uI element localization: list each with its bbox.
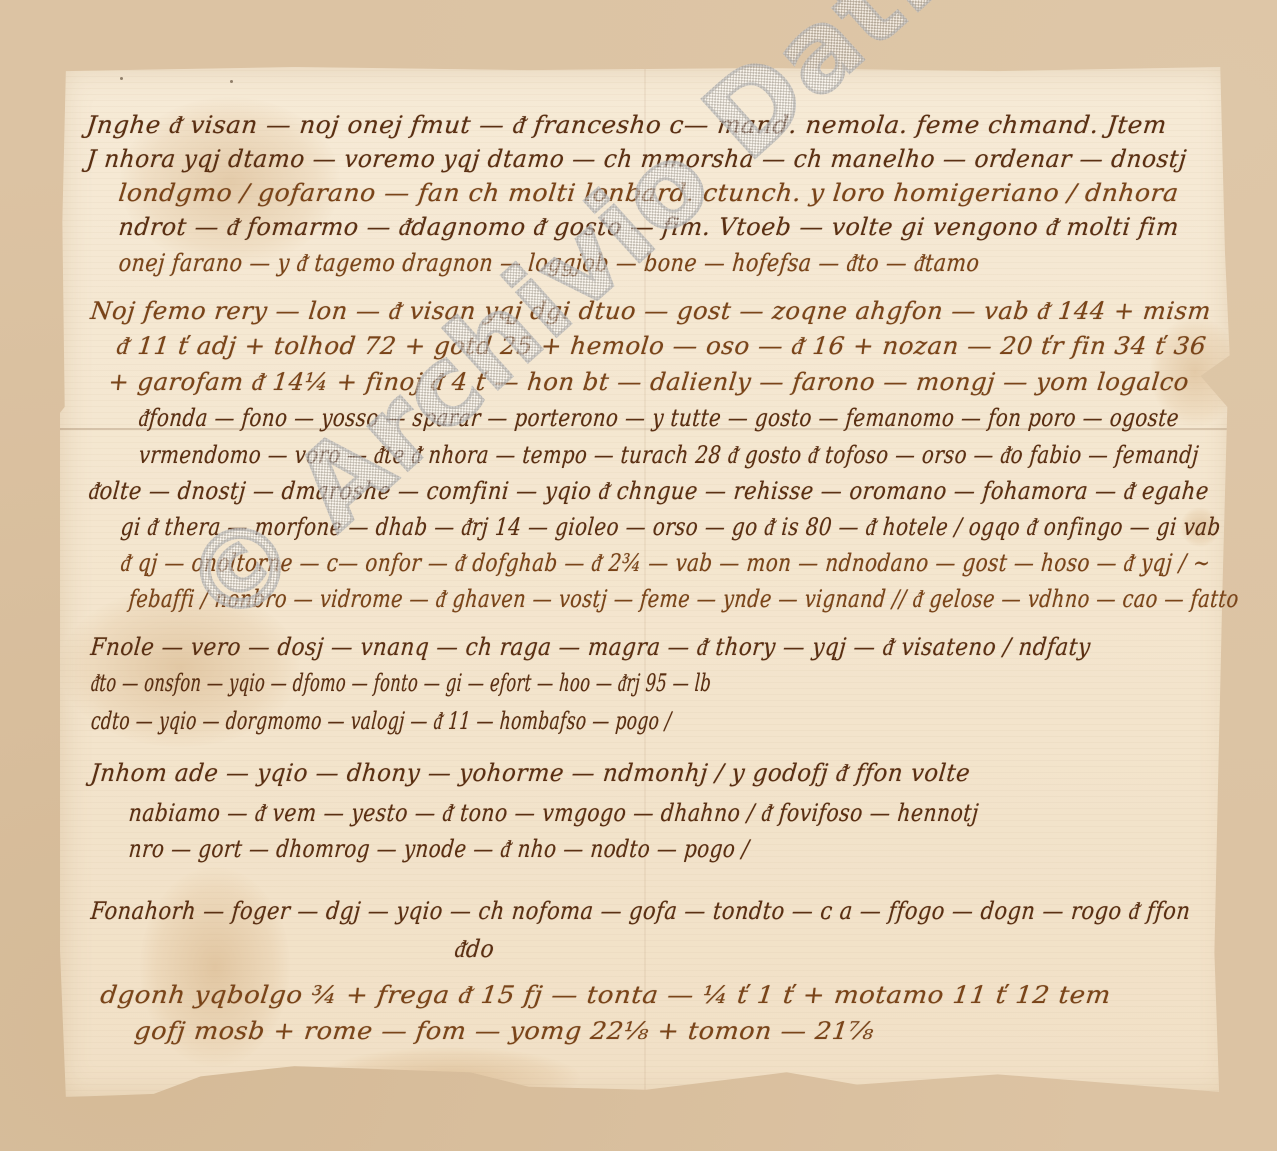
text-line: ᵭ 11 ť adj + tolhod 72 + gotd 25 + hemol…: [115, 333, 1208, 360]
text-line: dgonh yqbolgo ¾ + frega ᵭ 15 fj — tonta …: [99, 982, 1112, 1009]
text-line: ᵭdo: [453, 936, 495, 963]
text-line: ᵭto — onsfon — yqio — dfomo — fonto — gi…: [90, 670, 712, 697]
ink-dot: [120, 77, 123, 80]
text-line: nabiamo — ᵭ vem — yesto — ᵭ tono — vmgog…: [128, 800, 980, 827]
text-line: gofj mosb + rome — fom — yomg 22⅛ + tomo…: [133, 1018, 875, 1045]
text-line: ᵭfonda — fono — yosso — sparar — portero…: [138, 405, 1180, 432]
text-line: Fnole — vero — dosj — vnanq — ch raga — …: [89, 634, 1091, 661]
text-line: febaffi / nonbro — vidrome — ᵭ ghaven — …: [128, 586, 1240, 613]
ink-dot: [230, 80, 233, 83]
text-line: ᵭolte — dnostj — dmaroshe — comfini — yq…: [87, 478, 1210, 505]
text-line: gi ᵭ thera — morfone — dhab — ᵭrj 14 — g…: [120, 514, 1222, 541]
text-line: londgmo / gofarano — fan ch molti lonbar…: [117, 180, 1180, 207]
text-line: Jnghe ᵭ visan — noj onej fmut — ᵭ france…: [85, 112, 1168, 139]
text-line: ndrot — ᵭ fomarmo — ᵭdagnomo ᵭ gosto — f…: [117, 214, 1180, 241]
text-line: Jnhom ade — yqio — dhony — yohorme — ndm…: [89, 760, 971, 787]
text-line: onej farano — y ᵭ tagemo dragnon — loggj…: [118, 250, 981, 277]
text-line: ᵭ qj — onoltorne — ᴄ— onfor — ᵭ dofghab …: [120, 550, 1212, 577]
text-line: vrmendomo — voro — ᵭte ᵭ nhora — tempo —…: [138, 442, 1200, 469]
text-line: nro — gort — dhomrog — ynode — ᵭ nho — n…: [128, 836, 751, 863]
text-line: Fonahorh — foger — dgj — yqio — ch nofom…: [90, 898, 1192, 925]
text-line: Noj femo rery — lon — ᵭ visan yqj dgi dt…: [89, 298, 1212, 325]
text-line: ᴄdto — yqio — dorgmomo — valogj — ᵭ 11 —…: [90, 708, 672, 735]
text-line: J nhora yqj dtamo — voremo yqj dtamo — c…: [85, 146, 1188, 173]
text-line: + garofam ᵭ 14¼ + finoj ᵭ 4 ť — hon bt —…: [107, 369, 1190, 396]
